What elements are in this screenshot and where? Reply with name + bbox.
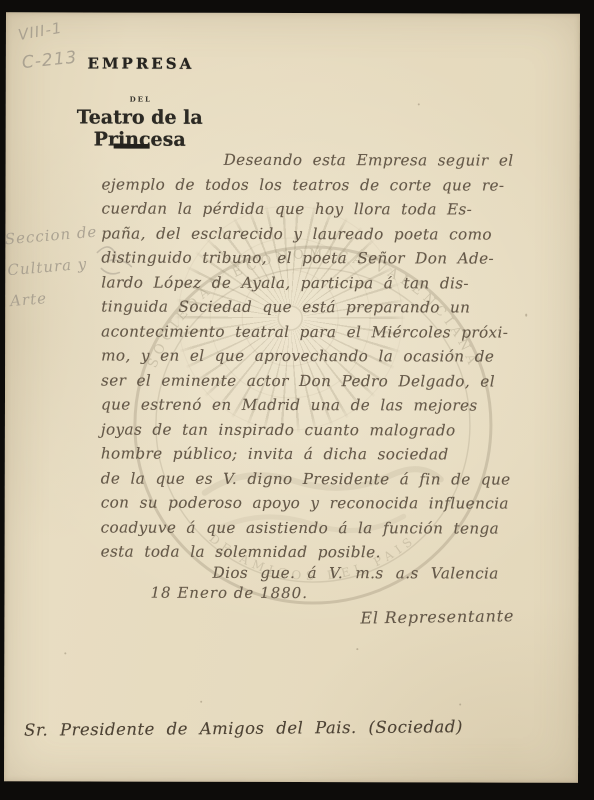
body-line: cuerdan la pérdida que hoy llora toda Es… — [101, 200, 571, 226]
body-line: hombre público; invita á dicha sociedad — [101, 444, 571, 470]
archival-mark-2: C-213 — [21, 48, 78, 74]
paper-speck — [459, 703, 461, 705]
body-line: distinguido tribuno, el poeta Señor Don … — [101, 249, 571, 275]
archival-mark-1: VIII-1 — [17, 19, 64, 44]
body-line: acontecimiento teatral para el Miércoles… — [101, 322, 571, 348]
body-line: ser el eminente actor Don Pedro Delgado,… — [101, 371, 571, 397]
paper-speck — [64, 652, 66, 654]
scan-background: SOCIEDAD ECONOMICA VALENCIANA DE AMIGOS … — [0, 0, 594, 800]
letter-body: Deseando esta Empresa seguir el ejemplo … — [101, 151, 572, 569]
body-line: ejemplo de todos los teatros de corte qu… — [102, 175, 572, 201]
body-line: con su poderoso apoyo y reconocida influ… — [101, 493, 571, 519]
letterhead-underline — [114, 144, 150, 149]
paper-speck — [418, 103, 420, 105]
margin-note-line: Arte — [9, 278, 104, 317]
date-line: 18 Enero de 1880. — [150, 584, 308, 602]
address-line: Sr. Presidente de Amigos del Pais. (Soci… — [24, 717, 463, 739]
signature: El Representante — [360, 606, 514, 627]
body-line: de la que es V. digno Presidente á fin d… — [101, 469, 571, 495]
body-line: paña, del esclarecido y laureado poeta c… — [101, 224, 571, 250]
paper-speck — [356, 648, 358, 650]
paper-speck — [525, 314, 527, 317]
paper-speck — [200, 701, 202, 703]
letterhead-company: EMPRESA — [84, 54, 198, 72]
letterhead-del: DEL — [84, 94, 198, 103]
body-line: Deseando esta Empresa seguir el — [102, 151, 572, 177]
body-line: mo, y en el que aprovechando la ocasión … — [101, 347, 571, 373]
paper-sheet: SOCIEDAD ECONOMICA VALENCIANA DE AMIGOS … — [4, 12, 580, 783]
valediction: Dios gue. á V. m.s a.s Valencia — [213, 564, 499, 583]
body-line: tinguida Sociedad que está preparando un — [101, 298, 571, 324]
body-line: que estrenó en Madrid una de las mejores — [101, 395, 571, 421]
body-line: lardo López de Ayala, participa á tan di… — [101, 273, 571, 299]
body-line: joyas de tan inspirado cuanto malogrado — [101, 420, 571, 446]
margin-note: Seccion de Cultura y Arte — [4, 217, 104, 318]
body-line: coadyuve á que asistiendo á la función t… — [101, 518, 571, 544]
